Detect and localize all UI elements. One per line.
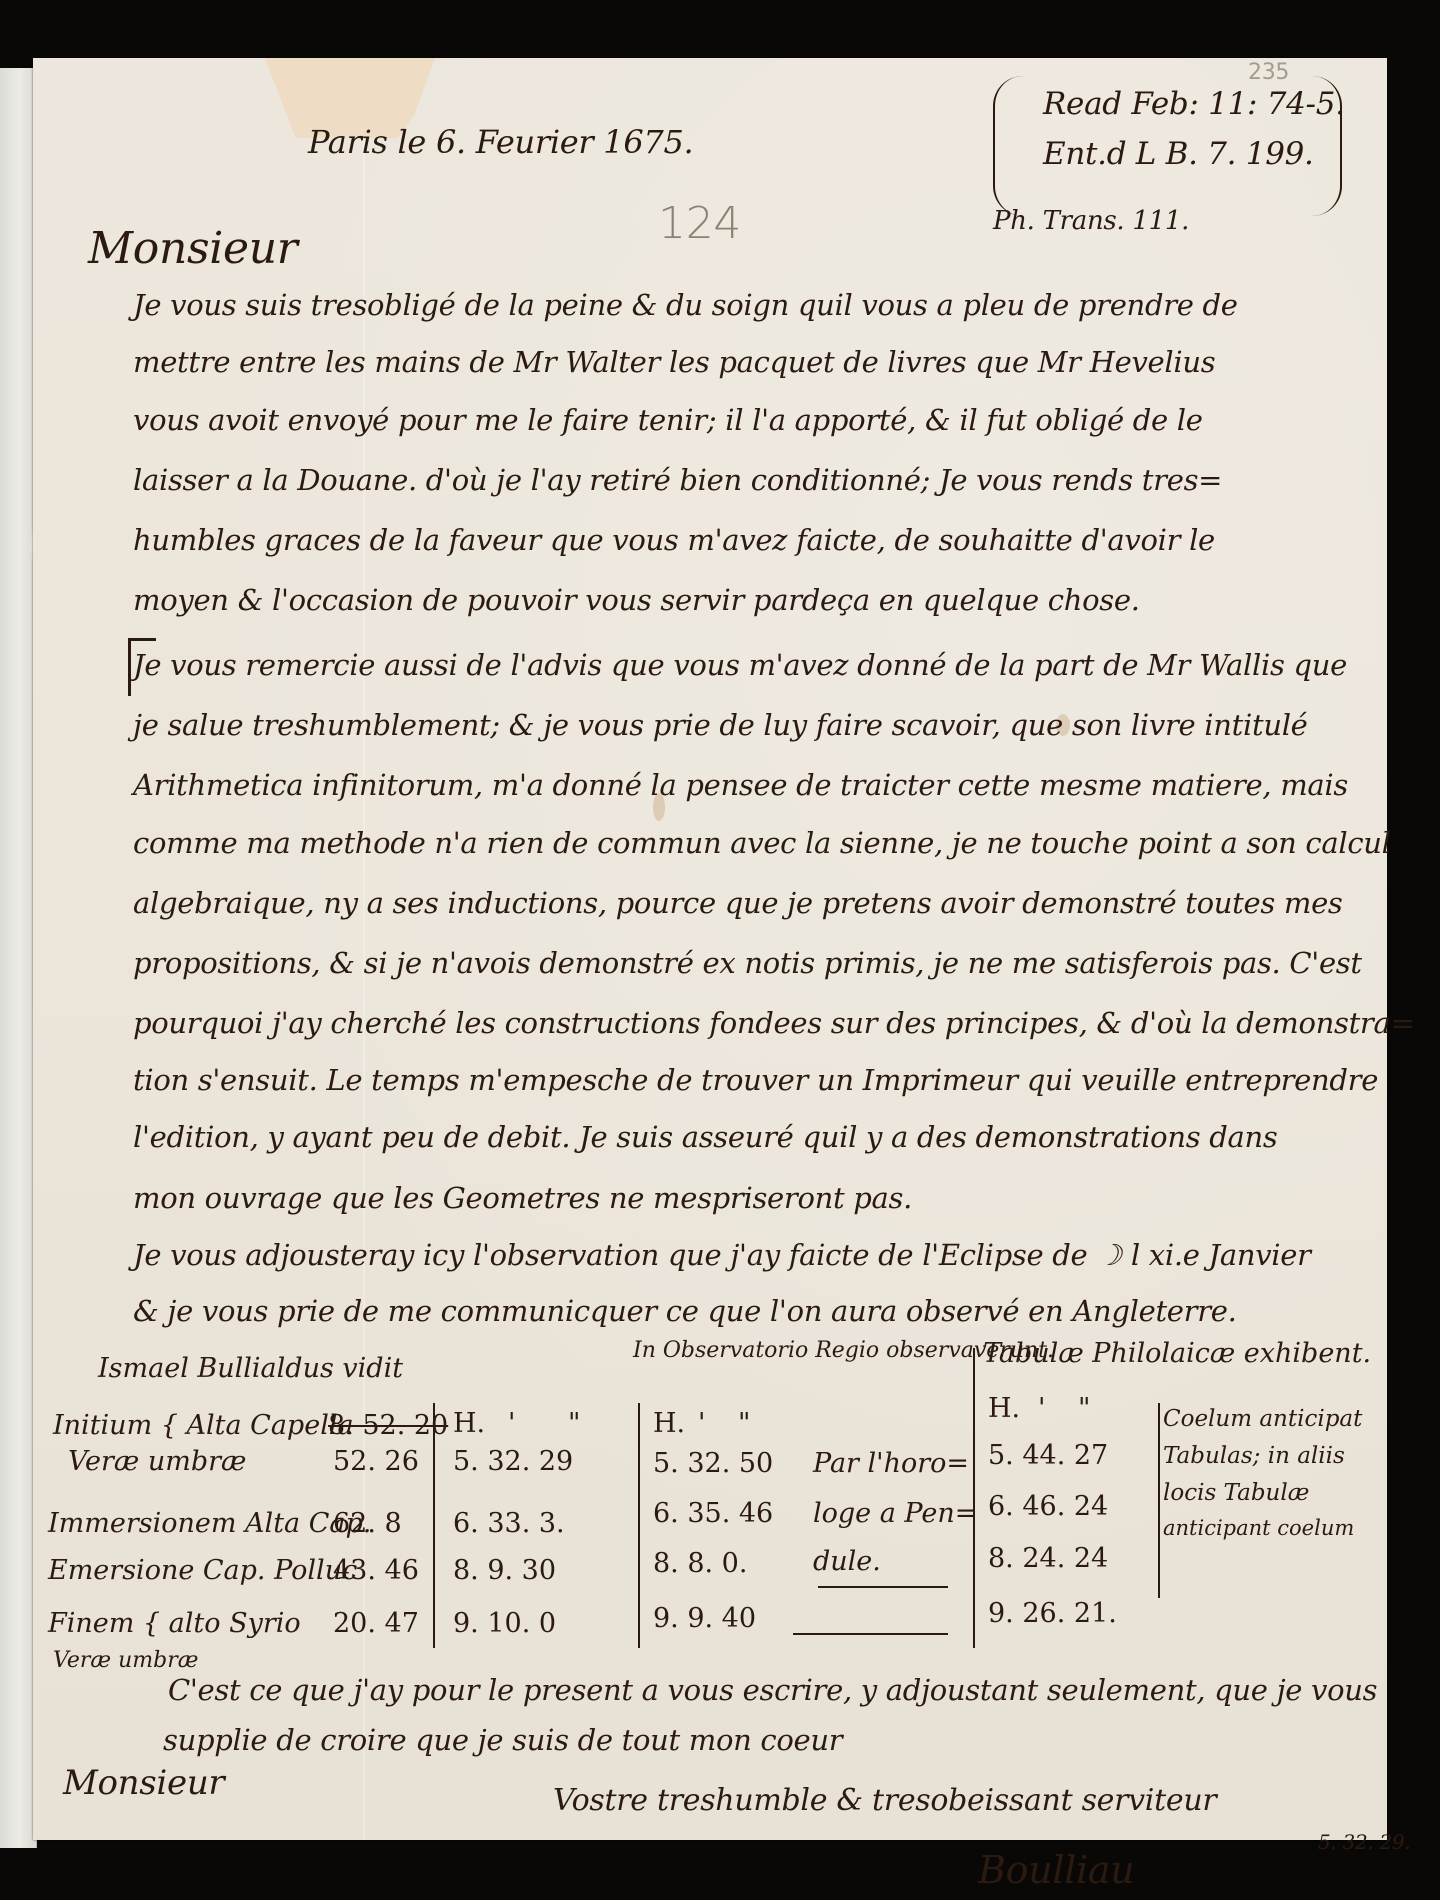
left-binding-flap — [0, 68, 37, 1848]
rule-line — [818, 1586, 948, 1588]
unit-seconds: " — [738, 1408, 750, 1439]
row-sublabel: Veræ umbræ — [68, 1446, 246, 1477]
observatorio-time: 9. 9. 40 — [653, 1603, 756, 1634]
table-heading-tabulae: Tabulæ Philolaicæ exhibent. — [983, 1338, 1371, 1369]
tabulae-time: 6. 46. 24 — [988, 1491, 1108, 1522]
bullialdus-time: 8. 9. 30 — [453, 1555, 556, 1586]
unit-hours: H. — [653, 1408, 685, 1439]
unit-minutes: ' — [1038, 1393, 1045, 1424]
pendulum-note: loge a Pen= — [813, 1498, 977, 1529]
unit-seconds: " — [568, 1408, 580, 1439]
row-label: Emersione Cap. Polluc — [48, 1555, 357, 1586]
annotation-read: Read Feb: 11: 74-5. — [1043, 86, 1345, 122]
body-line: je salue treshumblement; & je vous prie … — [133, 708, 1308, 742]
altitude-value: 52. 26 — [333, 1446, 419, 1477]
body-line: humbles graces de la faveur que vous m'a… — [133, 523, 1215, 557]
annotation-entered: Ent.d L B. 7. 199. — [1043, 136, 1314, 172]
bullialdus-time: 5. 32. 29 — [453, 1446, 573, 1477]
closing-line: supplie de croire que je suis de tout mo… — [163, 1723, 842, 1757]
row-label: Immersionem Alta Cap. — [48, 1508, 371, 1539]
table-heading-observatorio: In Observatorio Regio observaverunt. — [633, 1338, 1054, 1363]
body-line: Je vous suis tresobligé de la peine & du… — [133, 288, 1238, 322]
observatorio-time: 5. 32. 50 — [653, 1448, 773, 1479]
body-line: Arithmetica infinitorum, m'a donné la pe… — [133, 768, 1348, 802]
body-line: Je vous adjousteray icy l'observation qu… — [133, 1238, 1311, 1272]
body-line: vous avoit envoyé pour me le faire tenir… — [133, 403, 1203, 437]
body-line: pourquoi j'ay cherché les constructions … — [133, 1006, 1414, 1040]
body-line: comme ma methode n'a rien de commun avec… — [133, 826, 1391, 860]
column-divider — [638, 1403, 640, 1648]
pendulum-note: dule. — [813, 1546, 881, 1577]
bullialdus-time: 9. 10. 0 — [453, 1608, 556, 1639]
manuscript-page: Paris le 6. Feurier 1675. 124 235 Read F… — [33, 58, 1387, 1840]
unit-minutes: ' — [508, 1408, 515, 1439]
unit-minutes: ' — [698, 1408, 705, 1439]
altitude-value: 62. 8 — [333, 1508, 402, 1539]
tabulae-note: anticipant coelum — [1163, 1516, 1354, 1540]
unit-hours: H. — [453, 1408, 485, 1439]
row-label: Finem { alto Syrio — [48, 1608, 301, 1639]
column-divider — [433, 1403, 435, 1648]
body-line: l'edition, y ayant peu de debit. Je suis… — [133, 1120, 1277, 1154]
body-line: & je vous prie de me communicquer ce que… — [133, 1294, 1237, 1328]
body-line: propositions, & si je n'avois demonstré … — [133, 946, 1362, 980]
altitude-value: 20. 47 — [333, 1608, 419, 1639]
tabulae-time: 9. 26. 21. — [988, 1598, 1117, 1629]
annotation-phil-trans: Ph. Trans. 111. — [993, 206, 1189, 236]
place-date: Paris le 6. Feurier 1675. — [308, 123, 693, 161]
unit-hours: H. — [988, 1393, 1020, 1424]
struck-altitude: 8. 52. 20 — [328, 1410, 448, 1441]
body-line: laisser a la Douane. d'où je l'ay retiré… — [133, 463, 1222, 497]
salutation: Monsieur — [88, 223, 298, 274]
observatorio-time: 8. 8. 0. — [653, 1548, 747, 1579]
column-divider — [973, 1348, 975, 1648]
tabulae-time: 8. 24. 24 — [988, 1543, 1108, 1574]
tabulae-note: locis Tabulæ — [1163, 1480, 1309, 1506]
tabulae-note: Coelum anticipat — [1163, 1406, 1362, 1432]
table-heading-bullialdus: Ismael Bullialdus vidit — [98, 1353, 403, 1384]
body-line: Je vous remercie aussi de l'advis que vo… — [133, 648, 1347, 682]
row-sublabel: Veræ umbræ — [53, 1648, 198, 1673]
body-line: algebraique, ny a ses inductions, pource… — [133, 886, 1343, 920]
unit-seconds: " — [1078, 1393, 1090, 1424]
pendulum-note: Par l'horo= — [813, 1448, 969, 1479]
observatorio-time: 6. 35. 46 — [653, 1498, 773, 1529]
bullialdus-time: 6. 33. 3. — [453, 1508, 565, 1539]
tabulae-time: 5. 44. 27 — [988, 1440, 1108, 1471]
tabulae-note: Tabulas; in aliis — [1163, 1443, 1345, 1469]
column-divider — [1158, 1403, 1160, 1598]
signature: Boulliau — [978, 1848, 1134, 1892]
altitude-value: 43. 46 — [333, 1555, 419, 1586]
body-line: mettre entre les mains de Mr Walter les … — [133, 345, 1215, 379]
closing-salutation: Monsieur — [63, 1763, 224, 1803]
pencil-folio-number: 124 — [658, 198, 741, 249]
valediction: Vostre treshumble & tresobeissant servit… — [553, 1783, 1216, 1818]
body-line: tion s'ensuit. Le temps m'empesche de tr… — [133, 1063, 1378, 1097]
rule-line — [793, 1633, 948, 1635]
body-line: moyen & l'occasion de pouvoir vous servi… — [133, 583, 1140, 617]
signature-note: 5. 32. 29. — [1318, 1830, 1410, 1854]
body-line: mon ouvrage que les Geometres ne mespris… — [133, 1181, 912, 1215]
row-label: Initium { Alta Capella — [53, 1410, 354, 1441]
closing-line: C'est ce que j'ay pour le present a vous… — [168, 1673, 1377, 1707]
